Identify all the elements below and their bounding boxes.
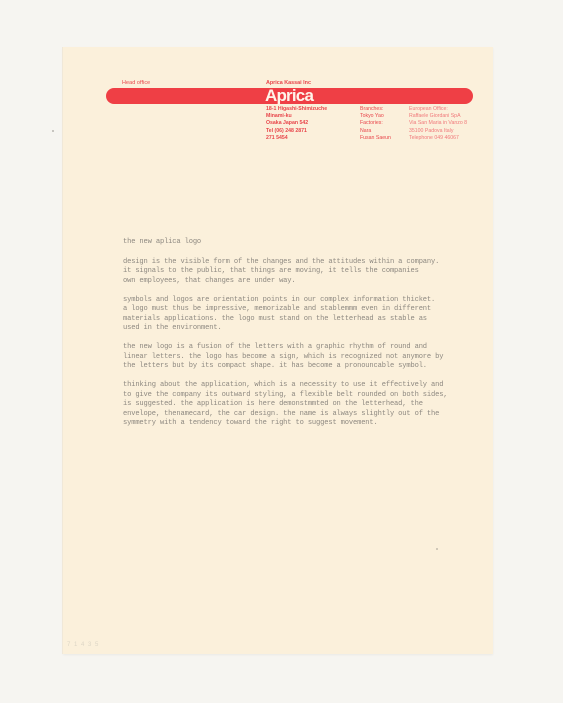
paper-mark bbox=[436, 548, 438, 550]
branches-line: Nara bbox=[360, 128, 391, 135]
text-line: symbols and logos are orientation points… bbox=[123, 296, 493, 306]
address-line: 271 5454 bbox=[266, 135, 327, 142]
text-line: the new logo is a fusion of the letters … bbox=[123, 343, 493, 353]
text-line: is suggested. the application is here de… bbox=[123, 400, 493, 410]
address-line: Tel (06) 248 2871 bbox=[266, 128, 327, 135]
branches-line: Tokyo Yao bbox=[360, 113, 391, 120]
address-block: 18-1 Higashi-Shimizuche Minami-ku Osaka … bbox=[266, 106, 327, 142]
address-line: 18-1 Higashi-Shimizuche bbox=[266, 106, 327, 113]
branches-line: Branches: bbox=[360, 106, 391, 113]
text-line: symmetry with a tendency toward the righ… bbox=[123, 419, 493, 429]
european-office-block: European Office: Raffaele Giordani SpA V… bbox=[409, 106, 467, 142]
paragraph: thinking about the application, which is… bbox=[123, 381, 493, 429]
text-line: it signals to the public, that things ar… bbox=[123, 267, 493, 277]
text-line: thinking about the application, which is… bbox=[123, 381, 493, 391]
paragraph: design is the visible form of the change… bbox=[123, 258, 493, 287]
pencil-margin-note: 7 1 4 3 5 bbox=[67, 642, 99, 648]
european-office-line: Telephone 049 46067 bbox=[409, 135, 467, 142]
text-line: used in the environment. bbox=[123, 324, 493, 334]
address-line: Minami-ku bbox=[266, 113, 327, 120]
text-line: own employees, that changes are under wa… bbox=[123, 277, 493, 287]
text-line: a logo must thus be impressive, memoriza… bbox=[123, 305, 493, 315]
dust-speck bbox=[52, 130, 54, 132]
letter-body: the new aplica logo design is the visibl… bbox=[123, 238, 493, 438]
text-line: envelope, thenamecard, the car design. t… bbox=[123, 410, 493, 420]
european-office-line: 35100 Padova Italy bbox=[409, 128, 467, 135]
head-office-label: Head office bbox=[122, 80, 150, 86]
paragraph: the new logo is a fusion of the letters … bbox=[123, 343, 493, 372]
address-line: Osaka Japan 542 bbox=[266, 120, 327, 127]
letter-title: the new aplica logo bbox=[123, 238, 493, 248]
european-office-line: European Office: bbox=[409, 106, 467, 113]
branches-line: Factories: bbox=[360, 120, 391, 127]
text-line: the letters but by its compact shape. it… bbox=[123, 362, 493, 372]
aprica-logo: Aprica bbox=[265, 86, 313, 106]
text-line: to give the company its outward styling,… bbox=[123, 391, 493, 401]
branches-line: Fusan Saeun bbox=[360, 135, 391, 142]
paragraph: symbols and logos are orientation points… bbox=[123, 296, 493, 334]
european-office-line: Raffaele Giordani SpA bbox=[409, 113, 467, 120]
branches-block: Branches: Tokyo Yao Factories: Nara Fusa… bbox=[360, 106, 391, 142]
text-line: design is the visible form of the change… bbox=[123, 258, 493, 268]
letterhead-page: Head office Aprica Kassai Inc Aprica 18-… bbox=[63, 47, 493, 654]
european-office-line: Via San Maria in Vanzo 8 bbox=[409, 120, 467, 127]
text-line: linear letters. the logo has become a si… bbox=[123, 353, 493, 363]
text-line: materials applications. the logo must st… bbox=[123, 315, 493, 325]
